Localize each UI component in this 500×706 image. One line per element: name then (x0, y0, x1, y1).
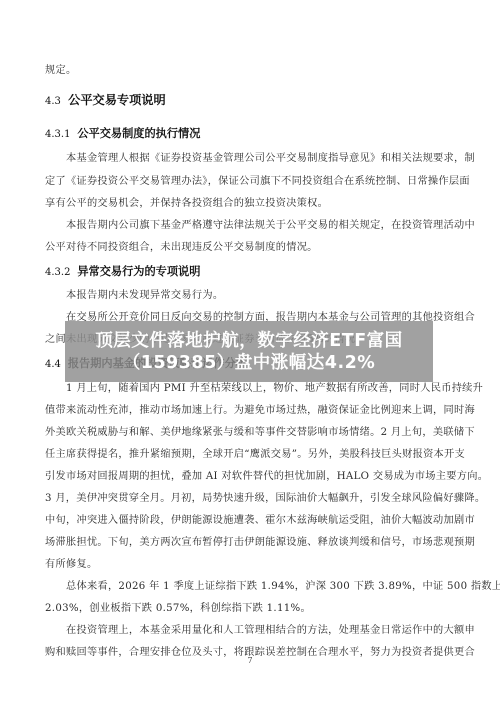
paragraph-line: 在投资管理上，本基金采用量化和人工管理相结合的方法，处理基金日常运作中的大额申 (66, 624, 475, 638)
paragraph-line: 值带来流动性充沛，推动市场加速上行。为避免市场过热，融资保证金比例迎来上调，同时… (45, 404, 475, 418)
page-number: 7 (0, 656, 500, 665)
paragraph-line: 场滞胀担忧。下旬，美方两次宣布暂停打击伊朗能源设施、释放谈判缓和信号，市场悲观预… (45, 536, 475, 550)
section-heading-4-3-1: 4.3.1 公平交易制度的执行情况 (45, 126, 200, 143)
paragraph-line: 本基金管理人根据《证券投资基金管理公司公平交易制度指导意见》和相关法规要求，制 (66, 152, 475, 166)
paragraph-line: 本报告期内公司旗下基金严格遵守法律法规关于公平交易的相关规定，在投资管理活动中 (66, 219, 475, 233)
paragraph-line: 外美欧关税威胁与和解、美伊地缘紧张与缓和等事件交替影响市场情绪。2 月上旬，美联… (45, 426, 475, 440)
headline-title: 顶层文件落地护航，数字经济ETF富国（159385）盘中涨幅达4.2% (79, 330, 419, 374)
section-number: 4.4 (45, 359, 61, 370)
paragraph-line: 总体来看，2026 年 1 季度上证综指下跌 1.94%，沪深 300 下跌 3… (66, 580, 500, 594)
paragraph-line: 2.03%，创业板指下跌 0.57%，科创综指下跌 1.11%。 (45, 602, 311, 616)
section-heading-4-3-2: 4.3.2 异常交易行为的专项说明 (45, 264, 200, 281)
paragraph-line: 享有公平的交易机会，并保持各投资组合的独立投资决策权。 (45, 197, 328, 211)
paragraph-line: 1 月上旬，随着国内 PMI 升至枯荣线以上，物价、地产数据有所改善，同时人民币… (66, 382, 483, 396)
section-heading-4-3: 4.3 公平交易专项说明 (45, 92, 166, 110)
paragraph-line: 任主席获得提名，推升紧缩预期，全球开启“鹰派交易”。另外，美股科技巨头财报资本开… (45, 448, 465, 462)
paragraph-line: 引发市场对回报周期的担忧，叠加 AI 对软件替代的担忧加剧，HALO 交易成为市… (45, 470, 488, 484)
section-title: 公平交易专项说明 (68, 93, 166, 107)
section-number: 4.3.1 (45, 129, 70, 140)
paragraph-line: 公平对待不同投资组合，未出现违反公平交易制度的情况。 (45, 241, 318, 255)
paragraph-line: 中旬，冲突进入僵持阶段，伊朗能源设施遭袭、霍尔木兹海峡航运受阻，油价大幅波动加剧… (45, 514, 475, 528)
paragraph-line: 定了《证券投资公平交易管理办法》，保证公司旗下不同投资组合在系统控制、日常操作层… (45, 175, 470, 189)
headline-overlay-banner: 顶层文件落地护航，数字经济ETF富国（159385）盘中涨幅达4.2% (65, 321, 433, 382)
section-title: 公平交易制度的执行情况 (77, 127, 200, 140)
paragraph-line: 本报告期内未发现异常交易行为。 (66, 289, 223, 303)
paragraph-line: 3 月，美伊冲突贯穿全月。月初，局势快速升级，国际油价大幅飙升，引发全球风险偏好… (45, 492, 485, 506)
section-number: 4.3.2 (45, 267, 70, 278)
section-number: 4.3 (45, 96, 61, 107)
section-title: 异常交易行为的专项说明 (77, 265, 200, 278)
line-0: 规定。 (45, 64, 76, 78)
paragraph-line: 有所修复。 (45, 558, 97, 572)
